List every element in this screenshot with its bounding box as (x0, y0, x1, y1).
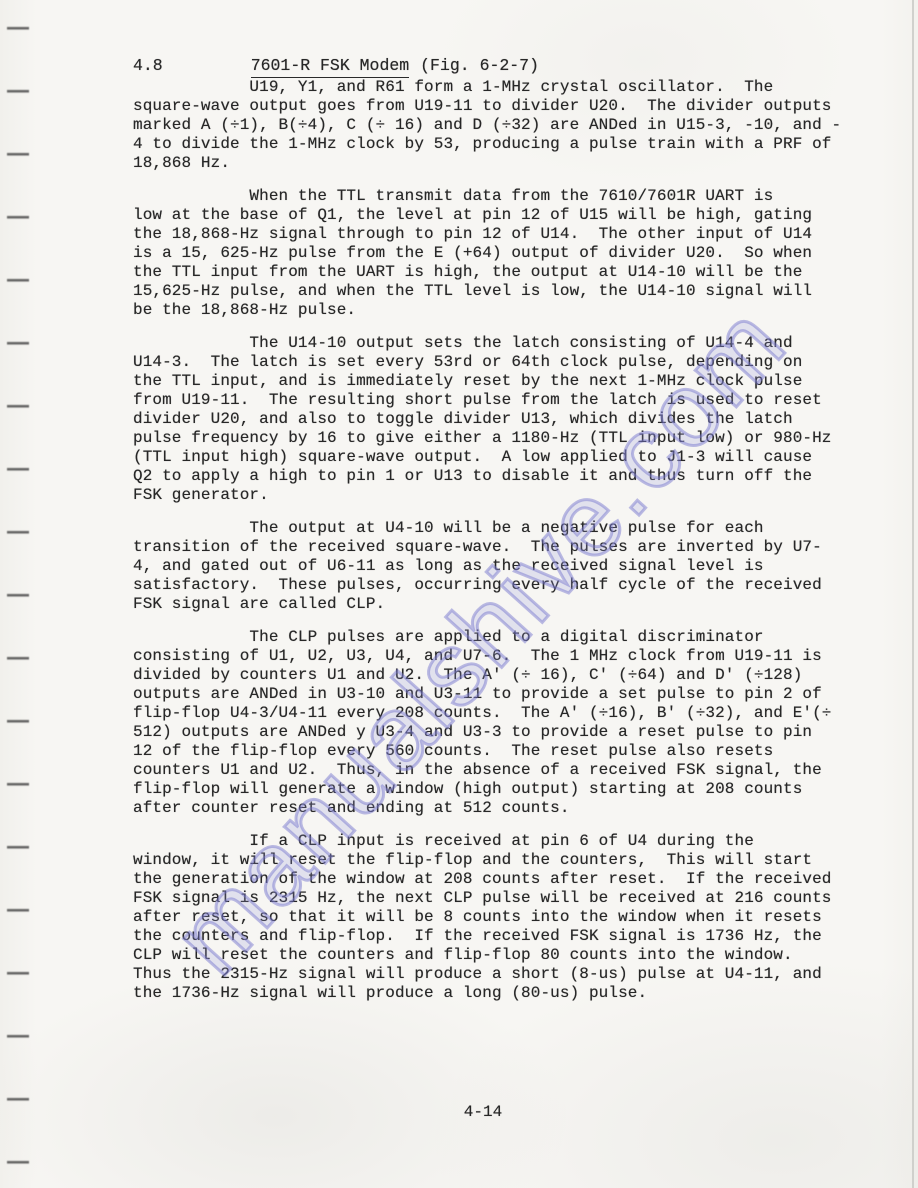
paragraph-clp-pulses: The output at U4-10 will be a negative p… (133, 519, 873, 614)
page-number: 4-14 (133, 1103, 833, 1121)
paragraph-ttl-transmit: When the TTL transmit data from the 7610… (133, 187, 873, 320)
scanned-manual-page: 4.87601-R FSK Modem(Fig. 6-2-7) U19, Y1,… (0, 0, 918, 1188)
section-title: 7601-R FSK Modem (251, 56, 409, 78)
section-number: 4.8 (133, 56, 163, 76)
paragraph-oscillator: U19, Y1, and R61 form a 1-MHz crystal os… (133, 78, 873, 173)
paragraph-window: If a CLP input is received at pin 6 of U… (133, 832, 873, 1003)
binding-holes (7, 0, 29, 1188)
page-content: 4.87601-R FSK Modem(Fig. 6-2-7) U19, Y1,… (133, 56, 873, 1121)
section-header: 4.87601-R FSK Modem(Fig. 6-2-7) (133, 56, 873, 78)
scan-edge-line (912, 0, 914, 1188)
paragraph-discriminator: The CLP pulses are applied to a digital … (133, 628, 873, 818)
figure-reference: (Fig. 6-2-7) (420, 56, 539, 76)
paragraph-latch: The U14-10 output sets the latch consist… (133, 334, 873, 505)
